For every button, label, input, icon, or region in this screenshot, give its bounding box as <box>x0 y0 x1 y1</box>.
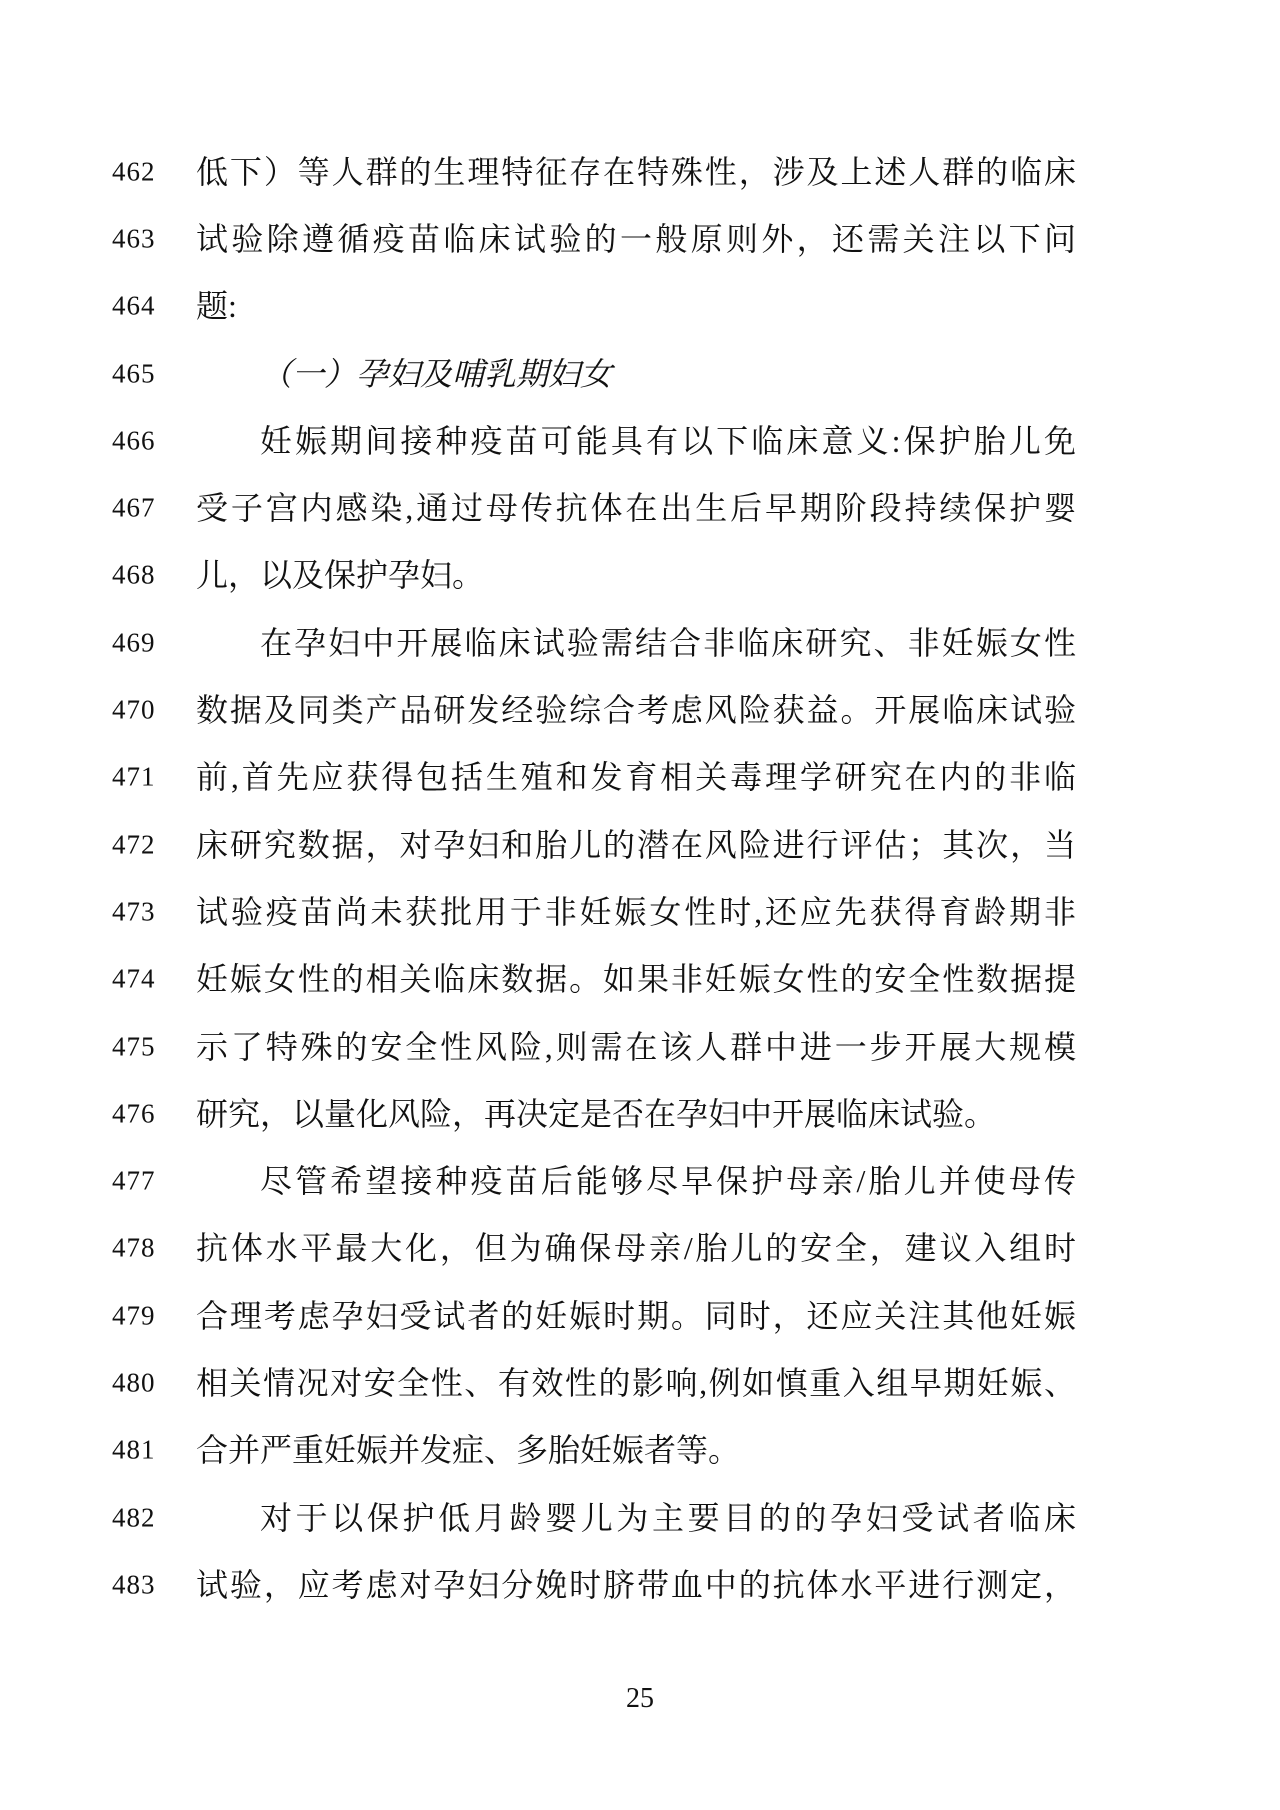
document-line: 483 试验，应考虑对孕妇分娩时脐带血中的抗体水平进行测定， <box>0 1551 1280 1618</box>
line-number: 477 <box>112 1166 168 1197</box>
document-line: 463 试验除遵循疫苗临床试验的一般原则外，还需关注以下问 <box>0 205 1280 272</box>
document-line: 466 妊娠期间接种疫苗可能具有以下临床意义:保护胎儿免 <box>0 407 1280 474</box>
line-number: 471 <box>112 762 168 793</box>
line-text: 题: <box>196 286 1076 326</box>
line-text: 妊娠期间接种疫苗可能具有以下临床意义:保护胎儿免 <box>196 421 1076 461</box>
line-text: 前,首先应获得包括生殖和发育相关毒理学研究在内的非临 <box>196 757 1076 797</box>
line-number: 478 <box>112 1233 168 1264</box>
line-number: 472 <box>112 829 168 860</box>
line-number: 470 <box>112 695 168 726</box>
line-text: 合并严重妊娠并发症、多胎妊娠者等。 <box>196 1430 1076 1470</box>
line-number: 464 <box>112 291 168 322</box>
line-number: 463 <box>112 223 168 254</box>
document-body: 462 低下）等人群的生理特征存在特殊性，涉及上述人群的临床 463 试验除遵循… <box>0 138 1280 1619</box>
line-text: 对于以保护低月龄婴儿为主要目的的孕妇受试者临床 <box>196 1498 1076 1538</box>
line-number: 476 <box>112 1098 168 1129</box>
document-line: 475 示了特殊的安全性风险,则需在该人群中进一步开展大规模 <box>0 1013 1280 1080</box>
document-line: 472 床研究数据，对孕妇和胎儿的潜在风险进行评估；其次，当 <box>0 811 1280 878</box>
line-text: 低下）等人群的生理特征存在特殊性，涉及上述人群的临床 <box>196 152 1076 192</box>
line-number: 475 <box>112 1031 168 1062</box>
line-text: 数据及同类产品研发经验综合考虑风险获益。开展临床试验 <box>196 690 1076 730</box>
document-page: 462 低下）等人群的生理特征存在特殊性，涉及上述人群的临床 463 试验除遵循… <box>0 0 1280 1810</box>
line-number: 481 <box>112 1435 168 1466</box>
line-text: 试验疫苗尚未获批用于非妊娠女性时,还应先获得育龄期非 <box>196 892 1076 932</box>
document-line: 465 （一）孕妇及哺乳期妇女 <box>0 340 1280 407</box>
document-line: 473 试验疫苗尚未获批用于非妊娠女性时,还应先获得育龄期非 <box>0 878 1280 945</box>
page-number: 25 <box>0 1683 1280 1715</box>
line-number: 465 <box>112 358 168 389</box>
document-line: 467 受子宫内感染,通过母传抗体在出生后早期阶段持续保护婴 <box>0 474 1280 541</box>
document-line: 468 儿，以及保护孕妇。 <box>0 542 1280 609</box>
line-text: 儿，以及保护孕妇。 <box>196 555 1076 595</box>
document-line: 477 尽管希望接种疫苗后能够尽早保护母亲/胎儿并使母传 <box>0 1147 1280 1214</box>
line-text: 相关情况对安全性、有效性的影响,例如慎重入组早期妊娠、 <box>196 1363 1076 1403</box>
document-line: 476 研究，以量化风险，再决定是否在孕妇中开展临床试验。 <box>0 1080 1280 1147</box>
line-number: 466 <box>112 425 168 456</box>
line-text: 试验，应考虑对孕妇分娩时脐带血中的抗体水平进行测定， <box>196 1565 1076 1605</box>
line-text: 试验除遵循疫苗临床试验的一般原则外，还需关注以下问 <box>196 219 1076 259</box>
document-line: 482 对于以保护低月龄婴儿为主要目的的孕妇受试者临床 <box>0 1484 1280 1551</box>
line-text: 抗体水平最大化，但为确保母亲/胎儿的安全，建议入组时 <box>196 1228 1076 1268</box>
document-line: 474 妊娠女性的相关临床数据。如果非妊娠女性的安全性数据提 <box>0 946 1280 1013</box>
line-number: 469 <box>112 627 168 658</box>
line-text: （一）孕妇及哺乳期妇女 <box>196 354 1076 394</box>
document-line: 479 合理考虑孕妇受试者的妊娠时期。同时，还应关注其他妊娠 <box>0 1282 1280 1349</box>
document-line: 471 前,首先应获得包括生殖和发育相关毒理学研究在内的非临 <box>0 744 1280 811</box>
document-line: 481 合并严重妊娠并发症、多胎妊娠者等。 <box>0 1417 1280 1484</box>
line-number: 467 <box>112 493 168 524</box>
line-text: 受子宫内感染,通过母传抗体在出生后早期阶段持续保护婴 <box>196 488 1076 528</box>
document-line: 470 数据及同类产品研发经验综合考虑风险获益。开展临床试验 <box>0 676 1280 743</box>
line-number: 483 <box>112 1569 168 1600</box>
line-number: 482 <box>112 1502 168 1533</box>
line-text: 研究，以量化风险，再决定是否在孕妇中开展临床试验。 <box>196 1094 1076 1134</box>
line-text: 床研究数据，对孕妇和胎儿的潜在风险进行评估；其次，当 <box>196 825 1076 865</box>
document-line: 464 题: <box>0 273 1280 340</box>
line-number: 479 <box>112 1300 168 1331</box>
line-number: 473 <box>112 896 168 927</box>
line-text: 合理考虑孕妇受试者的妊娠时期。同时，还应关注其他妊娠 <box>196 1296 1076 1336</box>
line-text: 示了特殊的安全性风险,则需在该人群中进一步开展大规模 <box>196 1027 1076 1067</box>
line-number: 462 <box>112 156 168 187</box>
line-number: 474 <box>112 964 168 995</box>
line-text: 在孕妇中开展临床试验需结合非临床研究、非妊娠女性 <box>196 623 1076 663</box>
document-line: 478 抗体水平最大化，但为确保母亲/胎儿的安全，建议入组时 <box>0 1215 1280 1282</box>
line-text: 妊娠女性的相关临床数据。如果非妊娠女性的安全性数据提 <box>196 959 1076 999</box>
document-line: 469 在孕妇中开展临床试验需结合非临床研究、非妊娠女性 <box>0 609 1280 676</box>
line-number: 468 <box>112 560 168 591</box>
line-number: 480 <box>112 1367 168 1398</box>
document-line: 462 低下）等人群的生理特征存在特殊性，涉及上述人群的临床 <box>0 138 1280 205</box>
document-line: 480 相关情况对安全性、有效性的影响,例如慎重入组早期妊娠、 <box>0 1349 1280 1416</box>
line-text: 尽管希望接种疫苗后能够尽早保护母亲/胎儿并使母传 <box>196 1161 1076 1201</box>
